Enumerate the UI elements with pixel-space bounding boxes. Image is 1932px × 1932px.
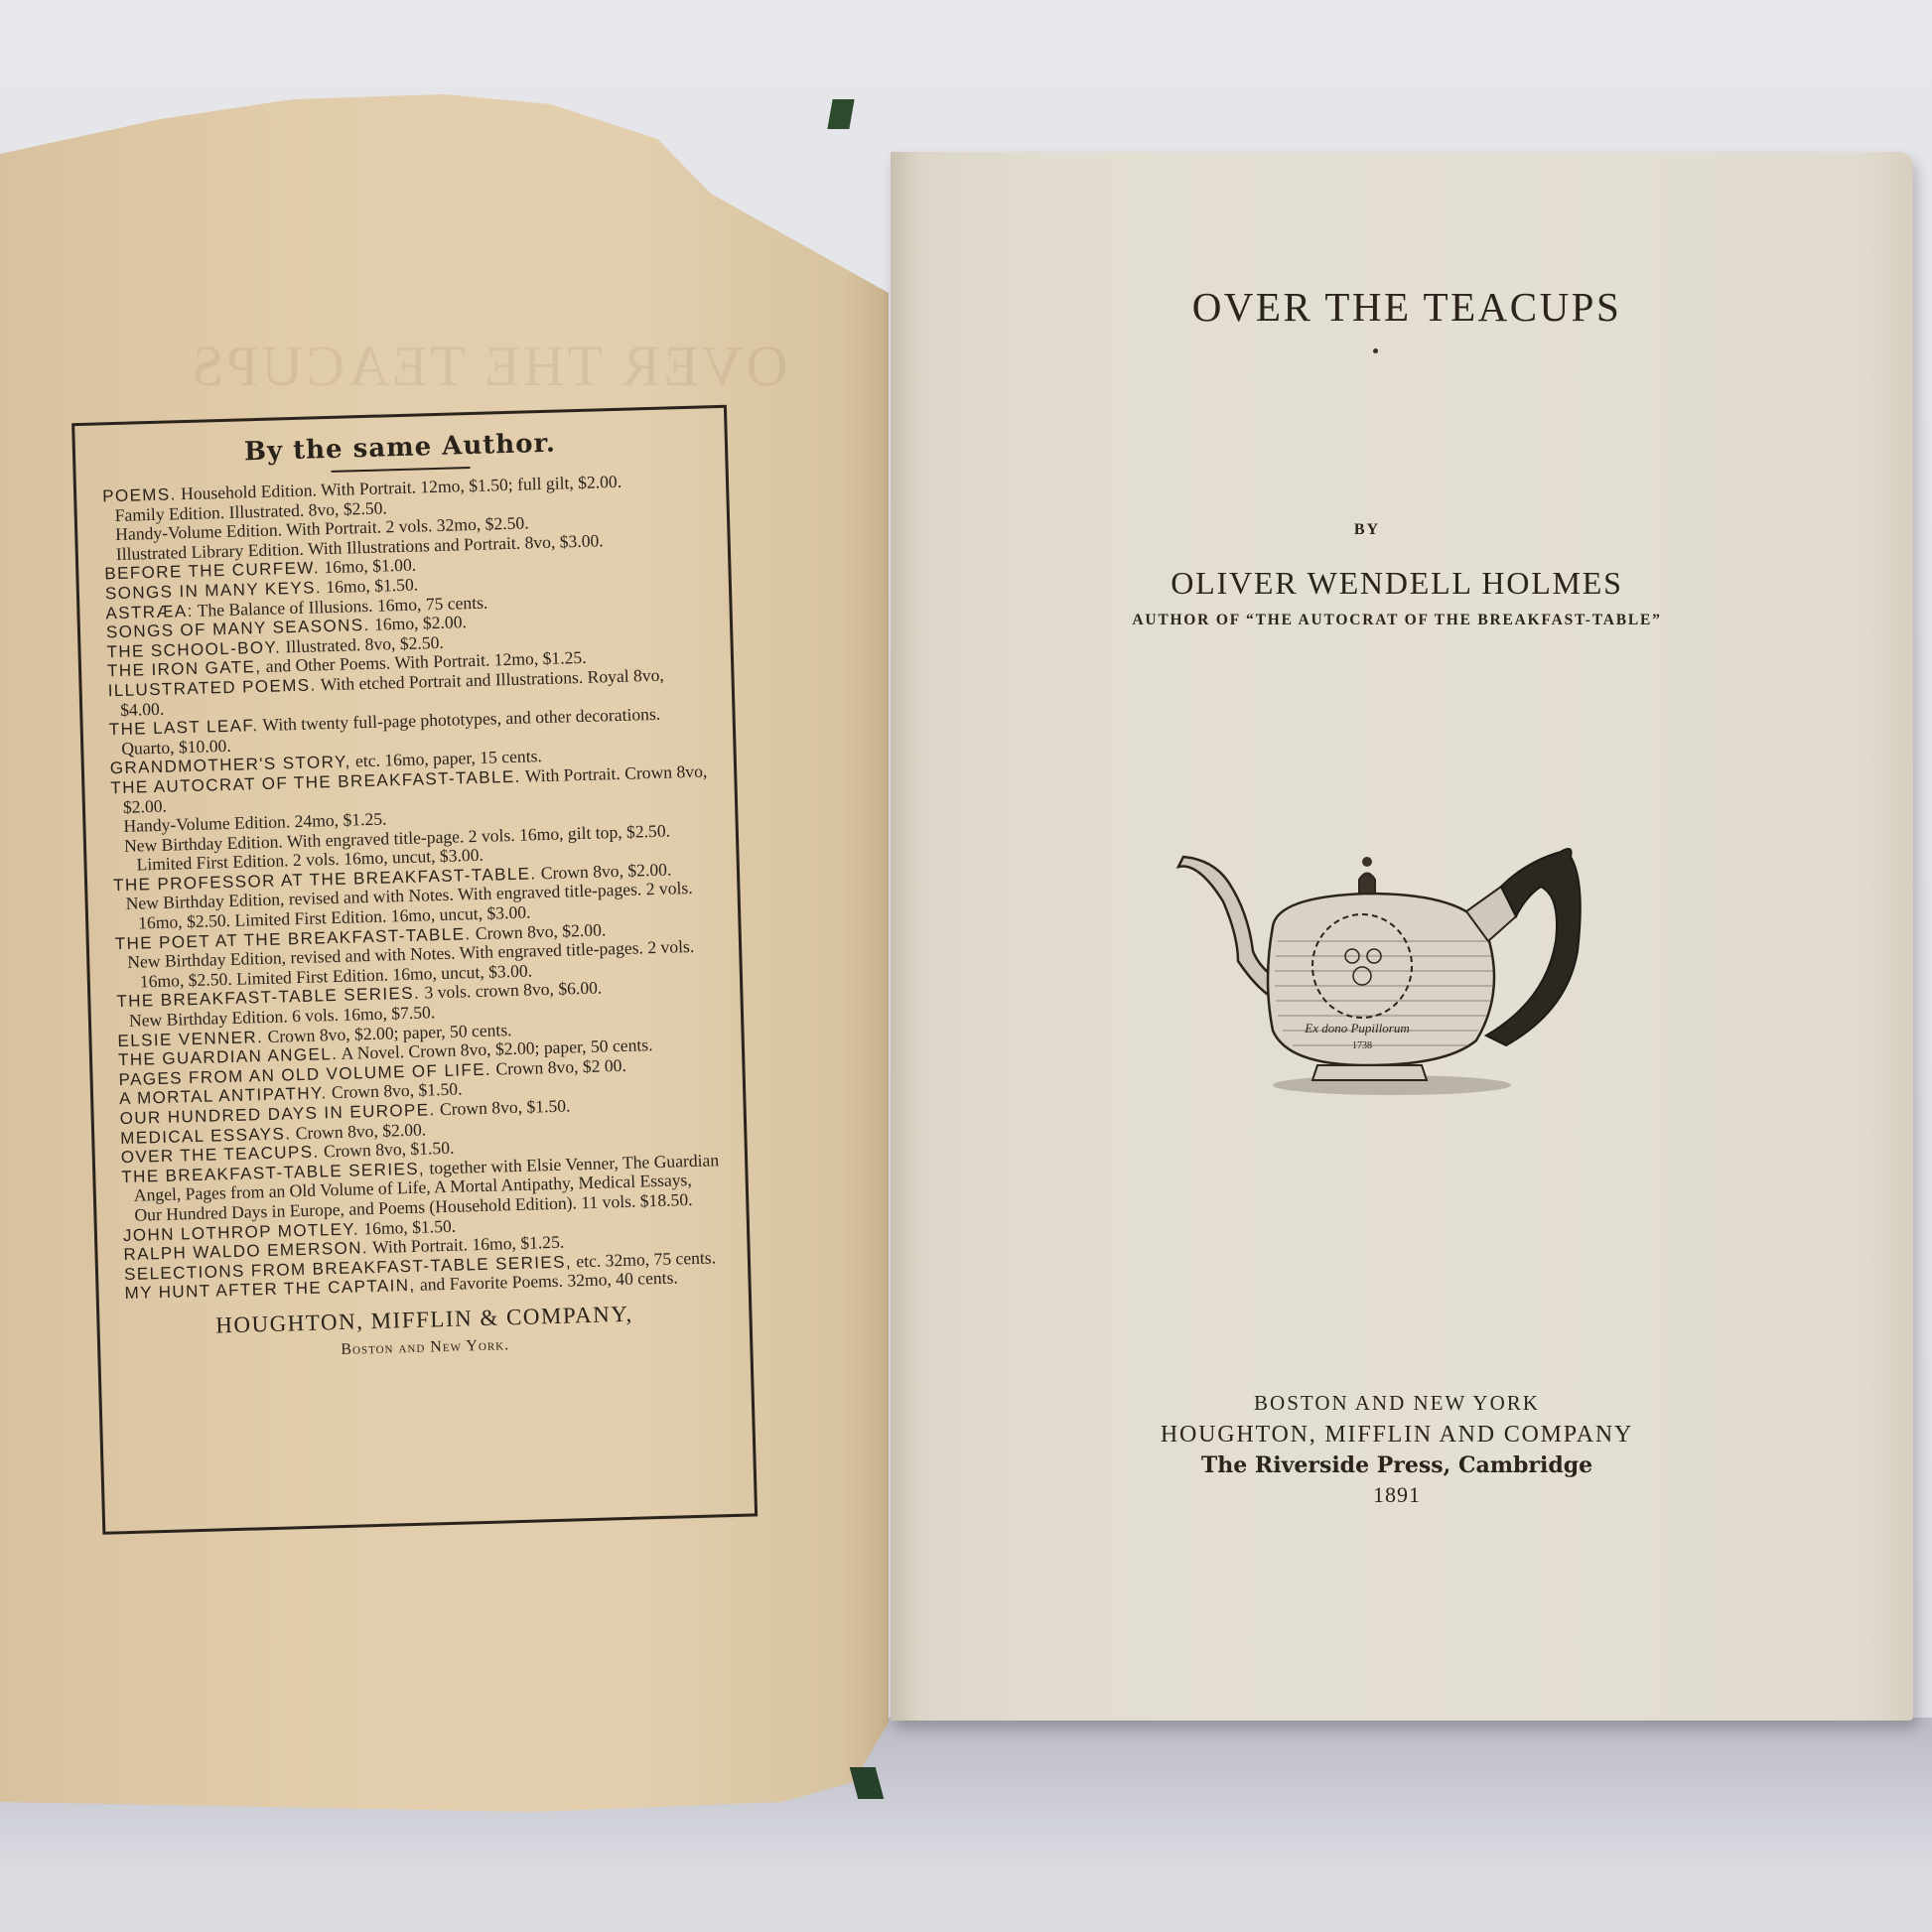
ad-heading: By the same Author. [101, 425, 700, 472]
ad-entry-text: 3 vols. crown 8vo, $6.00. [420, 978, 603, 1003]
paper-speck [1373, 348, 1378, 353]
right-page: OVER THE TEACUPS BY OLIVER WENDELL HOLME… [891, 152, 1913, 1721]
imprint-press: The Riverside Press, Cambridge [1020, 1452, 1774, 1478]
imprint-city: BOSTON AND NEW YORK [1020, 1391, 1774, 1416]
left-page: OVER THE TEACUPS By the same Author. POE… [0, 94, 889, 1812]
svg-text:1738: 1738 [1352, 1040, 1372, 1051]
svg-text:Ex dono Pupillorum: Ex dono Pupillorum [1304, 1021, 1409, 1035]
teapot-illustration-icon: Ex dono Pupillorum 1738 [1169, 842, 1586, 1110]
ad-entry-title: ASTRÆA: [105, 601, 194, 621]
binding-cloth-top [827, 99, 854, 129]
ad-entry-list: POEMS. Household Edition. With Portrait.… [102, 471, 723, 1304]
author-name: OLIVER WENDELL HOLMES [1020, 565, 1774, 602]
ad-entry-text: 16mo, $2.00. [369, 612, 467, 634]
author-of-line: AUTHOR OF “THE AUTOCRAT OF THE BREAKFAST… [1000, 612, 1794, 629]
imprint-year: 1891 [1268, 1482, 1526, 1508]
ad-entry-text: etc. 32mo, 75 cents. [572, 1247, 717, 1271]
by-line: BY [1268, 521, 1466, 539]
imprint-publisher: HOUGHTON, MIFFLIN AND COMPANY [970, 1422, 1824, 1449]
show-through-title: OVER THE TEACUPS [189, 333, 787, 399]
advertisement-box: By the same Author. POEMS. Household Edi… [71, 405, 758, 1535]
ad-entry-text: Crown 8vo, $1.50. [435, 1095, 570, 1119]
book-title: OVER THE TEACUPS [1109, 283, 1705, 331]
ad-heading-rule [332, 467, 471, 473]
ad-entry-text: Crown 8vo, $2 00. [491, 1055, 626, 1079]
